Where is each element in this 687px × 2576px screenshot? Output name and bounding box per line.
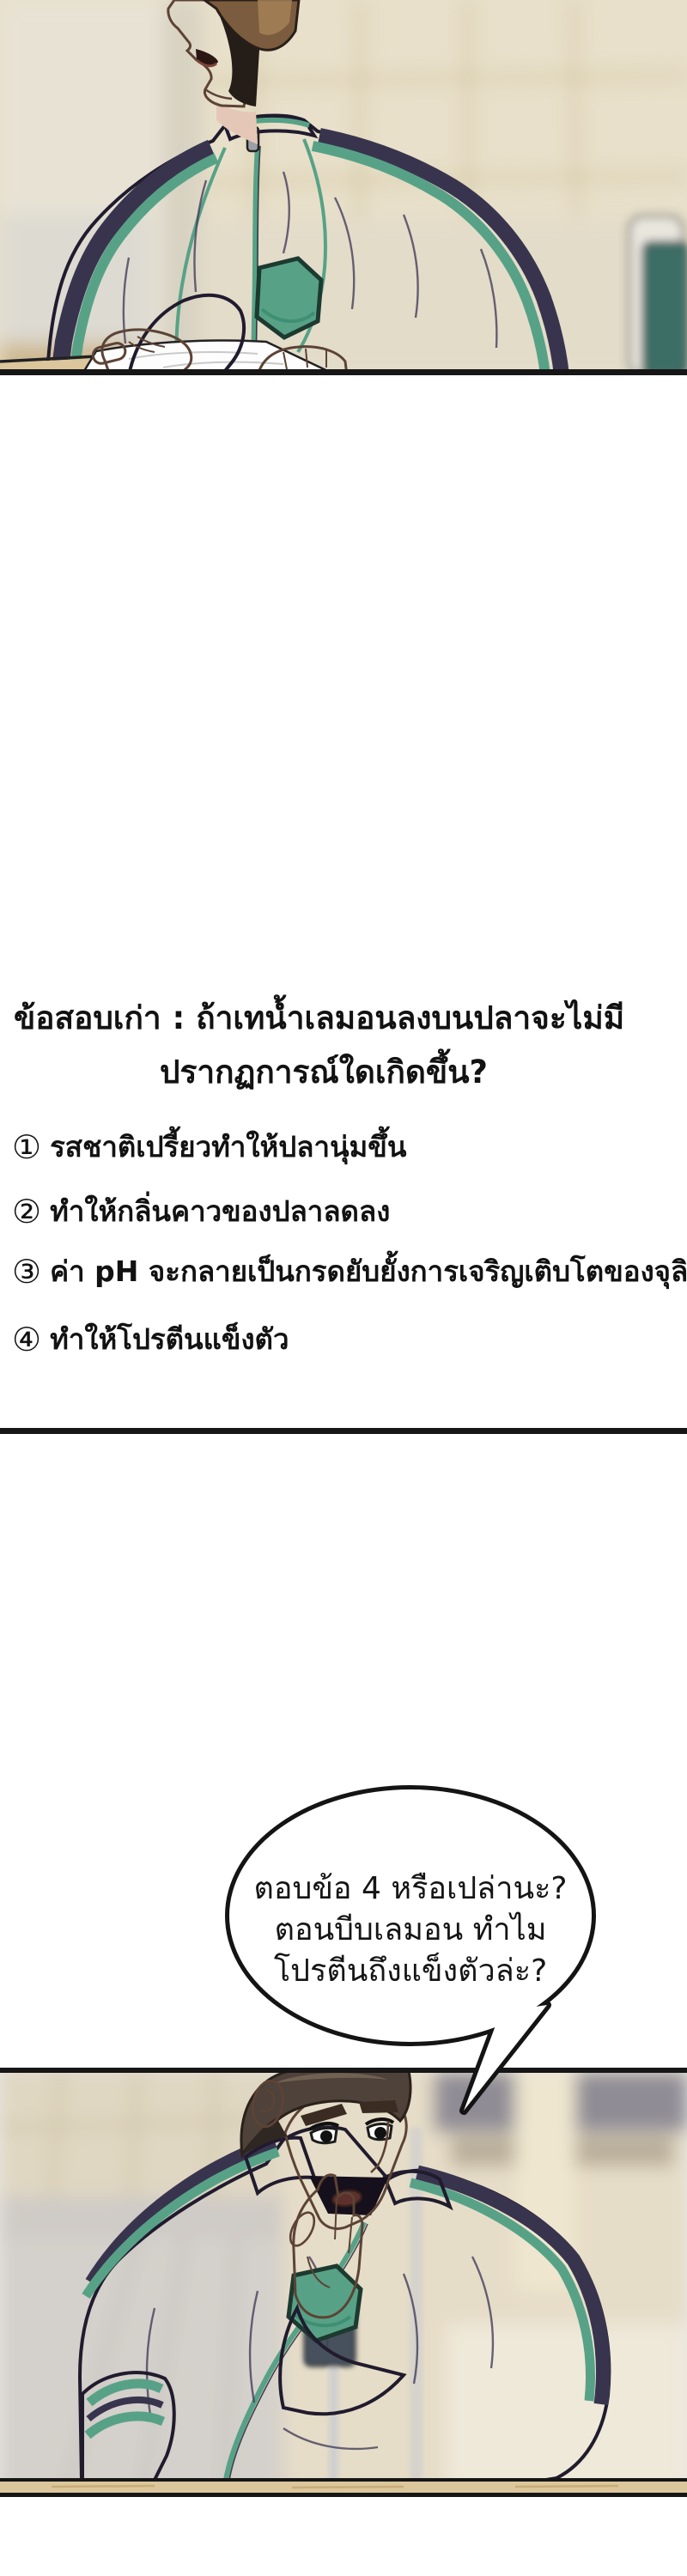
webtoon-page: { "exam": { "question_line1": "ข้อสอบเก่… [0, 0, 687, 2576]
panel-border [0, 369, 687, 375]
exam-question-line1: ข้อสอบเก่า : ถ้าเทน้ำเลมอนลงบนปลาจะไม่มี [14, 999, 624, 1038]
exam-option-2: ②ทำให้กลิ่นคาวของปลาลดลง [12, 1188, 390, 1234]
option-2-number: ② [12, 1193, 41, 1230]
section-divider-line [0, 1428, 687, 1434]
background-blur [0, 0, 687, 375]
exam-option-4: ④ทำให้โปรตีนแข็งตัว [12, 1316, 289, 1362]
exam-option-3: ③ค่า pH จะกลายเป็นกรดยับยั้งการเจริญเติบ… [12, 1249, 687, 1294]
option-4-text: ทำให้โปรตีนแข็งตัว [50, 1322, 289, 1356]
exam-option-1: ①รสชาติเปรี้ยวทำให้ปลานุ่มขึ้น [12, 1124, 406, 1170]
desk-edge [0, 2478, 687, 2576]
bubble-line-2: ตอนบีบเลมอน ทำไม [230, 1910, 591, 1951]
option-4-number: ④ [12, 1321, 41, 1358]
speech-bubble-text: ตอบข้อ 4 หรือเปล่านะ? ตอนบีบเลมอน ทำไม โ… [230, 1868, 591, 1992]
illustration-man-speaking-icon [0, 0, 687, 375]
jacket-hex-patch [257, 258, 321, 337]
option-1-number: ① [12, 1128, 41, 1166]
option-3-number: ③ [12, 1253, 41, 1291]
comic-panel-top [0, 0, 687, 375]
comic-panel-bottom [0, 2068, 687, 2576]
bubble-line-1: ตอบข้อ 4 หรือเปล่านะ? [230, 1868, 591, 1910]
option-1-text: รสชาติเปรี้ยวทำให้ปลานุ่มขึ้น [50, 1130, 406, 1163]
illustration-man-thinking-icon [0, 2068, 687, 2576]
chair [629, 216, 687, 375]
exam-question-line2: ปรากฏการณ์ใดเกิดขึ้น? [160, 1053, 488, 1092]
option-3-text: ค่า pH จะกลายเป็นกรดยับยั้งการเจริญเติบโ… [50, 1255, 687, 1288]
bubble-line-3: โปรตีนถึงแข็งตัวล่ะ? [230, 1951, 591, 1992]
option-2-text: ทำให้กลิ่นคาวของปลาลดลง [50, 1194, 390, 1228]
